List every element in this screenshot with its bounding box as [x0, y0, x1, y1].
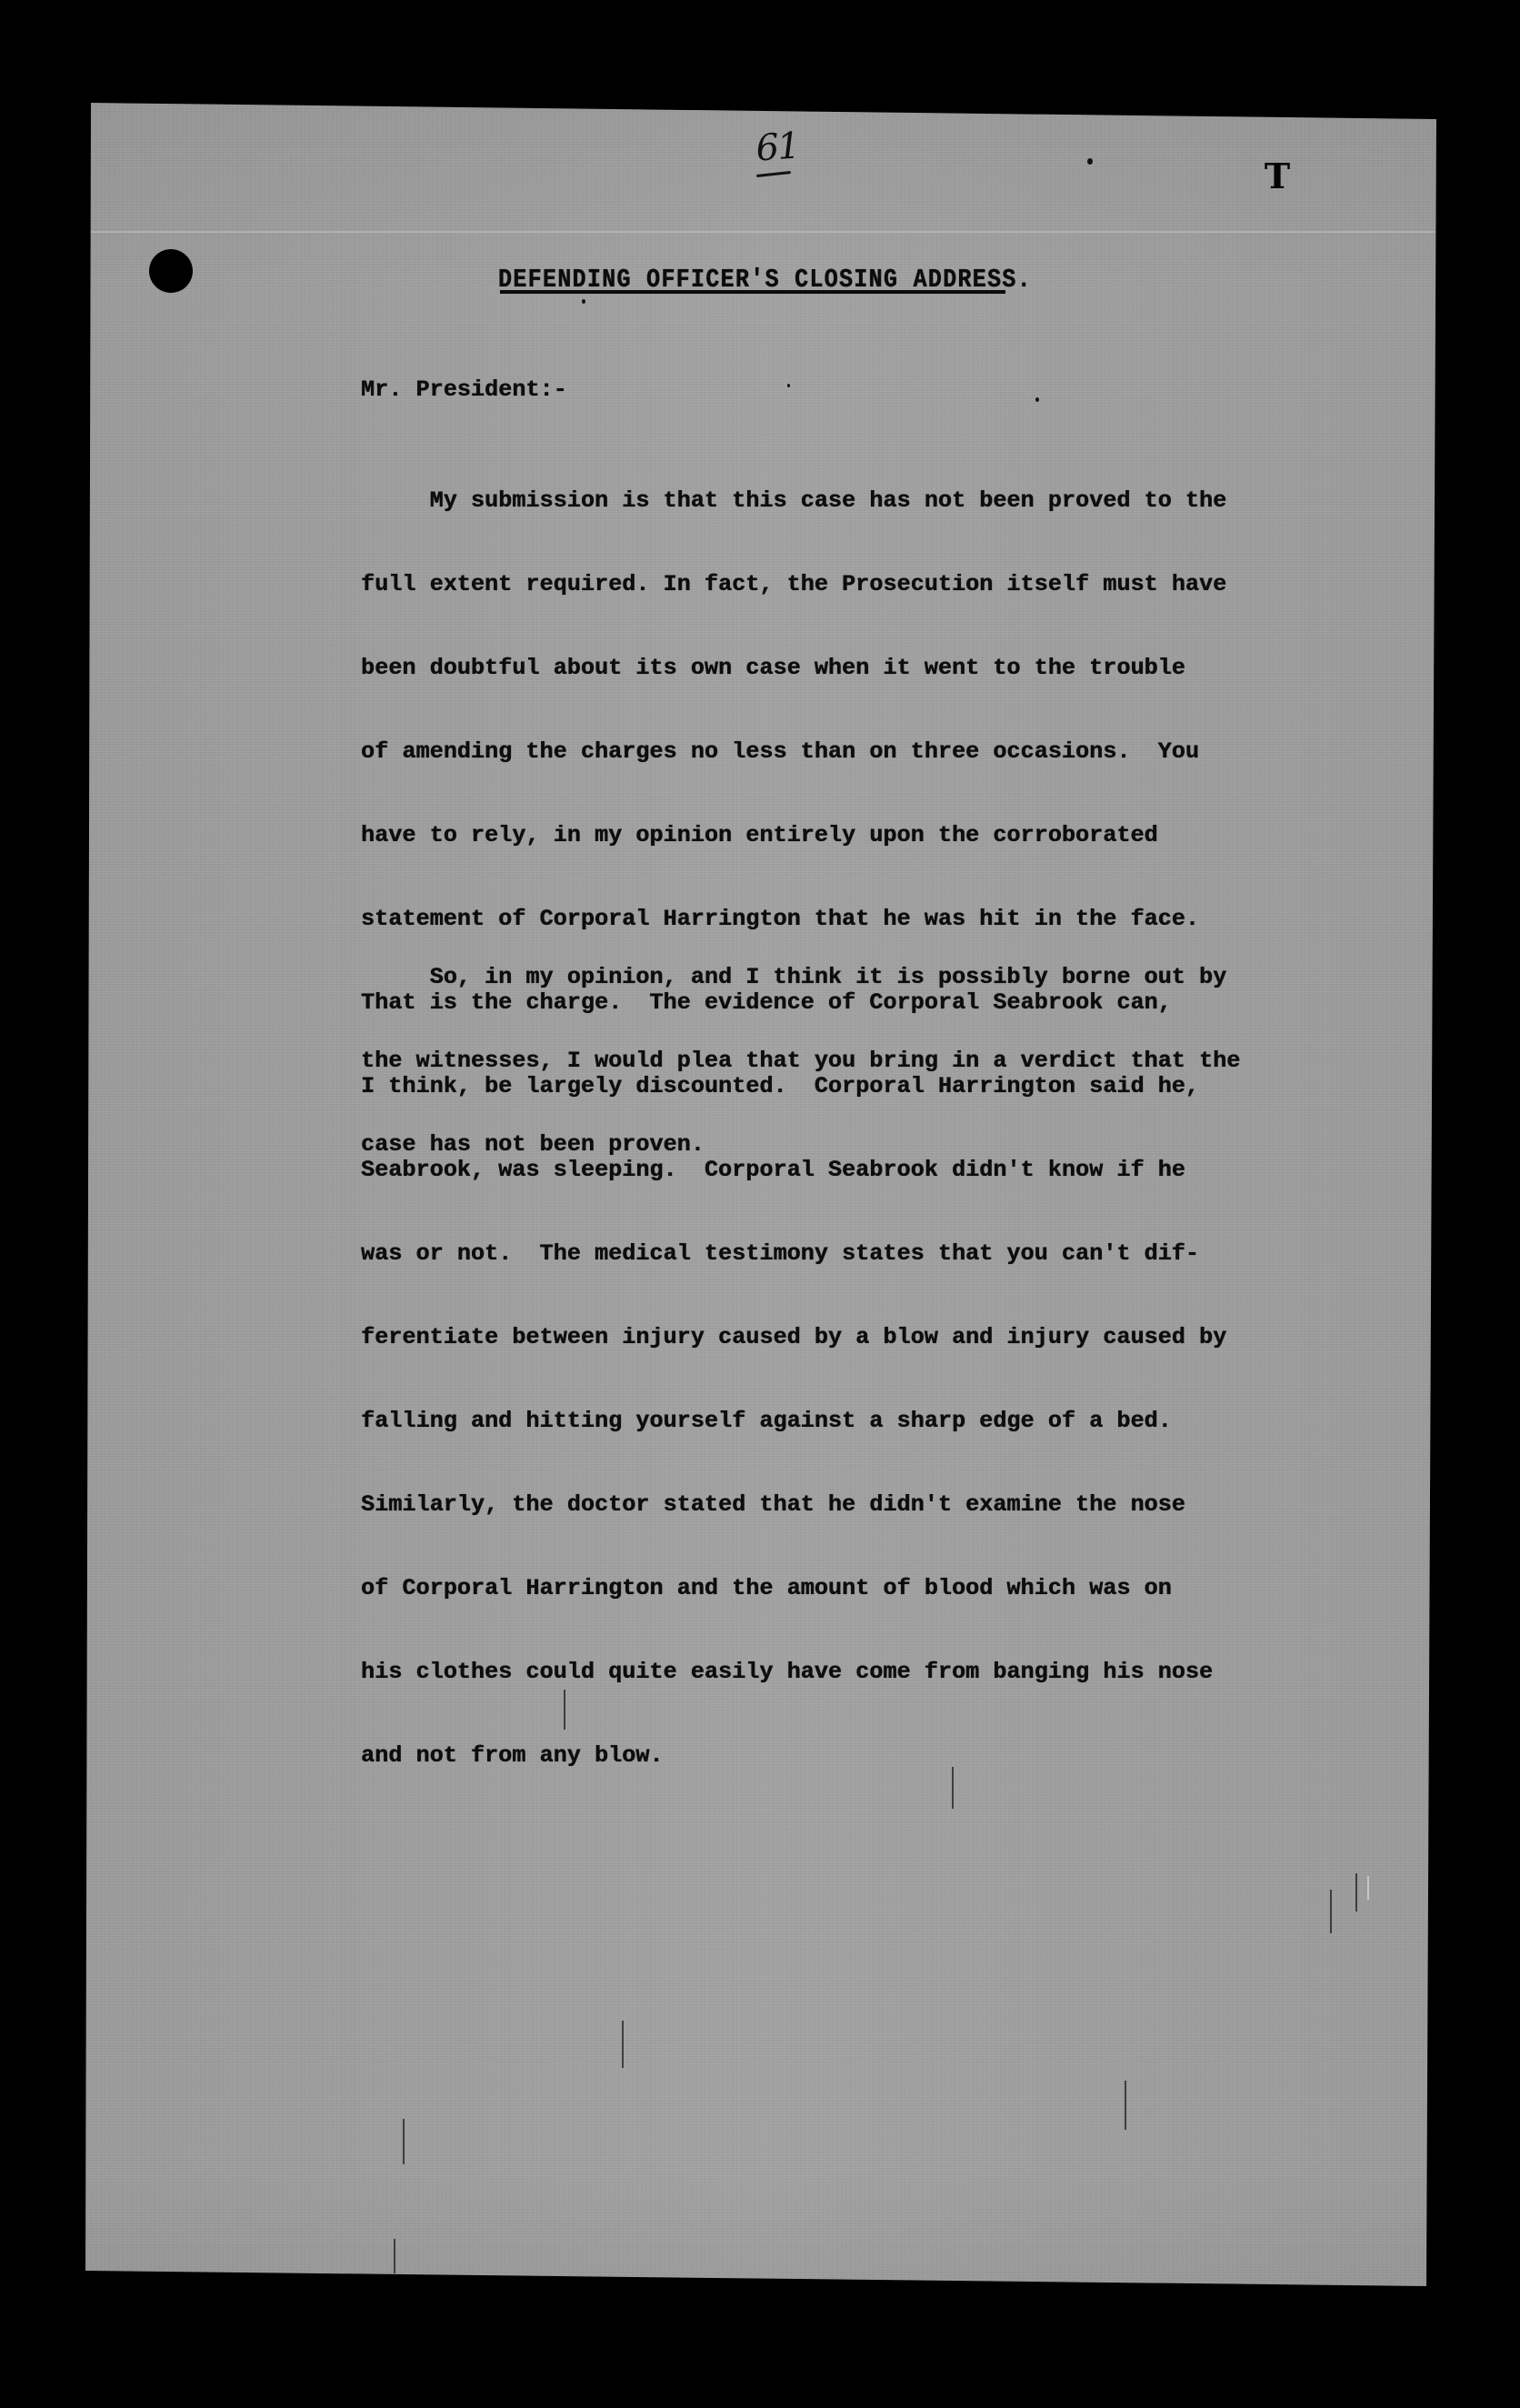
- scan-scratch: [1125, 2081, 1126, 2130]
- title-underline: [500, 290, 1005, 294]
- punch-hole: [149, 249, 193, 293]
- text-line: was or not. The medical testimony states…: [361, 1240, 1226, 1269]
- scan-scratch: [1330, 1890, 1332, 1933]
- text-line: of amending the charges no less than on …: [361, 738, 1226, 767]
- scan-scratch: [1367, 1876, 1369, 1900]
- text-line: the witnesses, I would plea that you bri…: [361, 1048, 1240, 1076]
- speck: [1087, 158, 1093, 165]
- salutation: Mr. President:-: [361, 376, 567, 405]
- paper-fold-line: [91, 231, 1435, 233]
- text-line: falling and hitting yourself against a s…: [361, 1408, 1226, 1436]
- speck: [787, 384, 790, 387]
- scan-scratch: [403, 2119, 405, 2164]
- scan-scratch: [394, 2239, 395, 2273]
- speck: [1035, 397, 1039, 402]
- paragraph-2: So, in my opinion, and I think it is pos…: [361, 908, 1240, 1188]
- text-line: ferentiate between injury caused by a bl…: [361, 1324, 1226, 1352]
- scan-scratch: [622, 2021, 624, 2068]
- corner-mark: T: [1255, 160, 1300, 193]
- text-line: been doubtful about its own case when it…: [361, 655, 1226, 683]
- text-line: his clothes could quite easily have come…: [361, 1659, 1226, 1687]
- scan-scratch: [1355, 1873, 1357, 1911]
- text-line: full extent required. In fact, the Prose…: [361, 571, 1226, 599]
- text-line: Similarly, the doctor stated that he did…: [361, 1491, 1226, 1520]
- text-line: case has not been proven.: [361, 1131, 1240, 1159]
- text-line: of Corporal Harrington and the amount of…: [361, 1575, 1226, 1603]
- text-line: and not from any blow.: [361, 1742, 1226, 1771]
- text-line: have to rely, in my opinion entirely upo…: [361, 822, 1226, 850]
- speck: [582, 299, 585, 304]
- text-line: My submission is that this case has not …: [361, 487, 1226, 516]
- text-line: So, in my opinion, and I think it is pos…: [361, 964, 1240, 992]
